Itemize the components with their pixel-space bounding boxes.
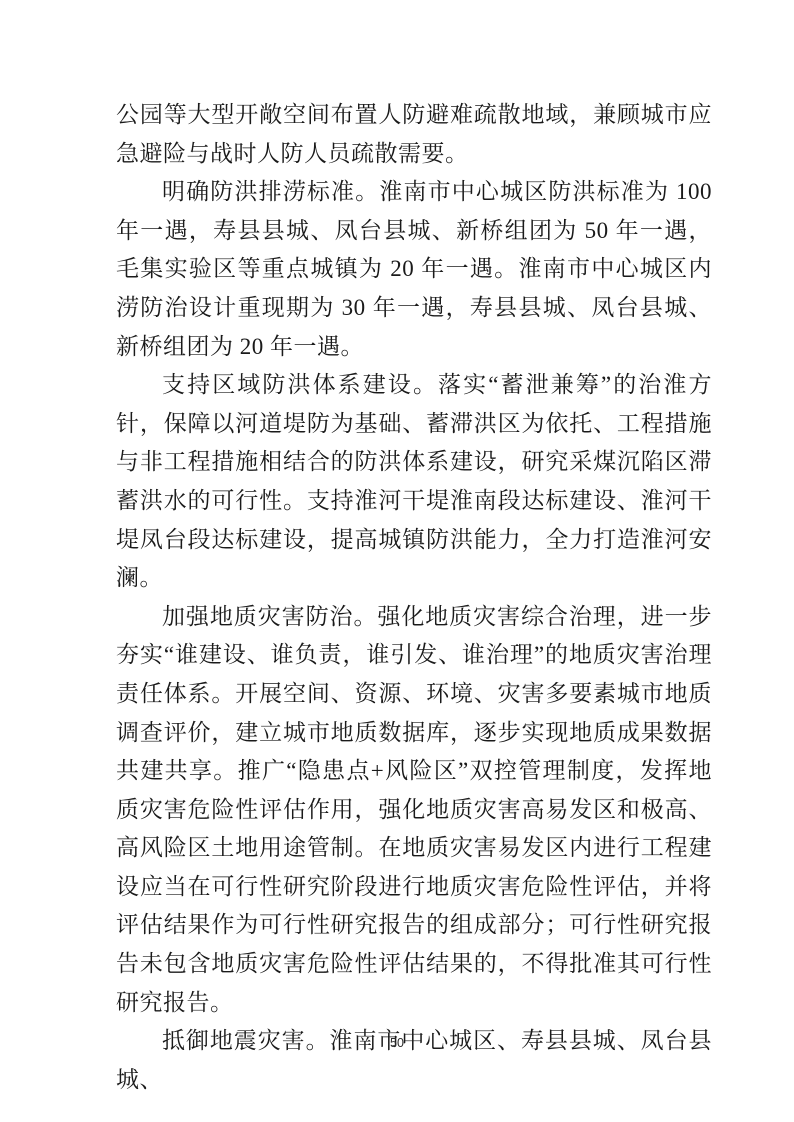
paragraph: 加强地质灾害防治。强化地质灾害综合治理，进一步夯实“谁建设、谁负责，谁引发、谁治…	[116, 598, 712, 1023]
paragraph: 公园等大型开敞空间布置人防避难疏散地域，兼顾城市应急避险与战时人防人员疏散需要。	[116, 96, 712, 173]
page-number: 50	[0, 1036, 794, 1050]
document-page: 公园等大型开敞空间布置人防避难疏散地域，兼顾城市应急避险与战时人防人员疏散需要。…	[0, 0, 794, 1122]
document-body: 公园等大型开敞空间布置人防避难疏散地域，兼顾城市应急避险与战时人防人员疏散需要。…	[116, 96, 712, 1099]
paragraph: 支持区域防洪体系建设。落实“蓄泄兼筹”的治淮方针，保障以河道堤防为基础、蓄滞洪区…	[116, 366, 712, 598]
paragraph: 抵御地震灾害。淮南市中心城区、寿县县城、凤台县城、	[116, 1022, 712, 1099]
paragraph: 明确防洪排涝标准。淮南市中心城区防洪标准为 100 年一遇，寿县县城、凤台县城、…	[116, 173, 712, 366]
